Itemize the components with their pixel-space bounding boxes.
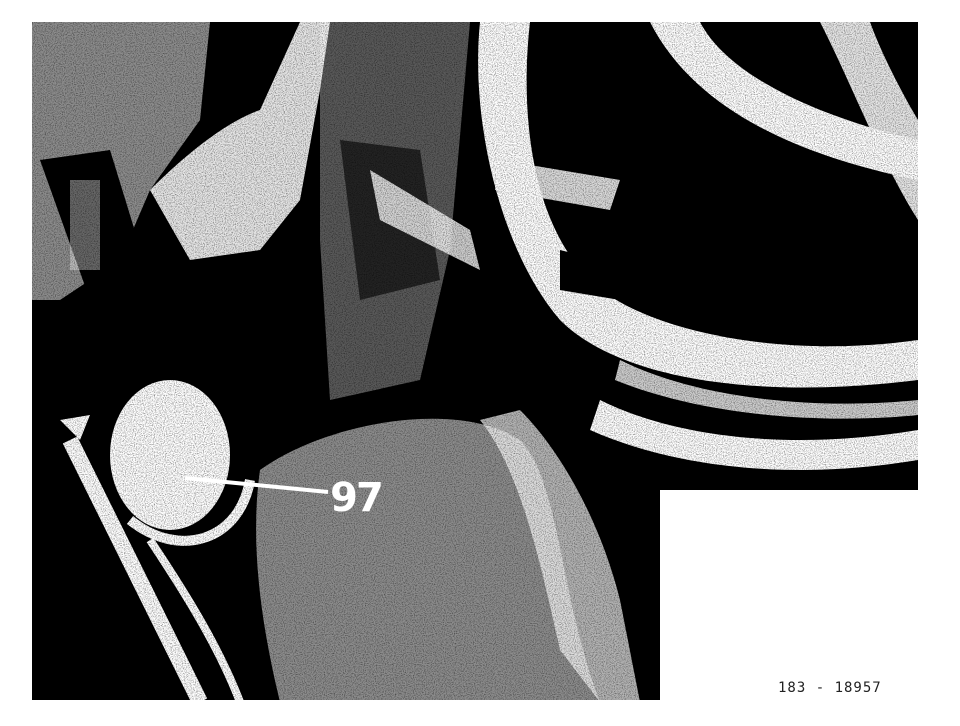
callout-label: 97 <box>326 474 386 522</box>
engine-compartment-photo <box>0 0 960 726</box>
figure-number: 183 - 18957 <box>778 680 882 696</box>
service-manual-figure: 97 183 - 18957 <box>0 0 960 726</box>
